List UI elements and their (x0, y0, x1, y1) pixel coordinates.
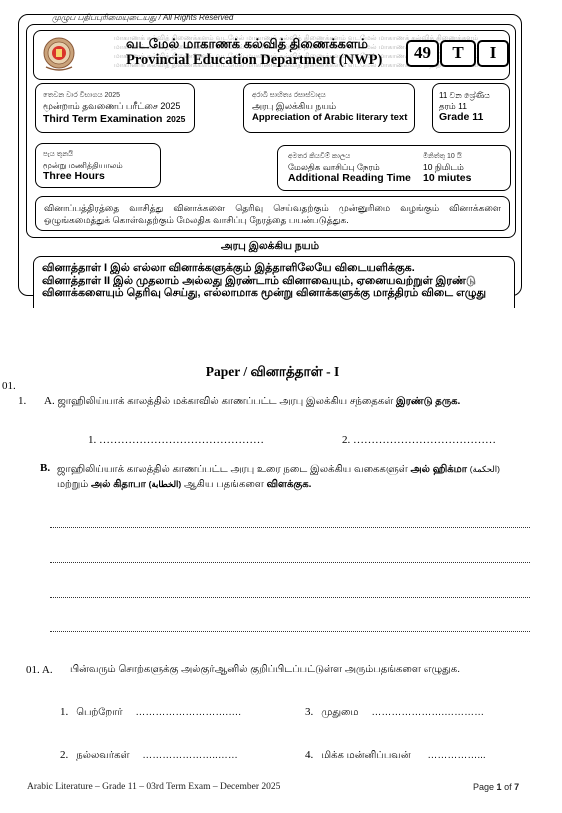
answer-line[interactable] (50, 597, 530, 598)
grade-english: Grade 11 (439, 112, 509, 123)
word-item: 4.மிக்க மன்னிப்பவன் ……………... (305, 749, 486, 762)
department-name-tamil: வடமேல் மாகாணக் கல்வித் திணைக்களம் (126, 36, 368, 53)
answer-blank[interactable]: ……………... (427, 750, 485, 761)
answer-blank[interactable]: …………………..…… (142, 750, 238, 761)
question-number: 01. (2, 380, 16, 392)
answer-line[interactable] (50, 562, 530, 563)
question-2a-label: 01. A. (26, 664, 53, 676)
grade-sinhala: 11 වන ශ්‍රේණිය (439, 90, 509, 101)
sub-question-number: 1. (18, 395, 26, 407)
reading-label-sinhala: අමතර කියවීම් කාලය (288, 151, 423, 162)
exam-sinhala: තෙවන වාර විභාගය 2025 (43, 90, 194, 101)
subject-info-box: අරාබි සාහිත්‍ය රසාස්වාදය அரபு இலக்கிய நய… (243, 83, 415, 133)
answer-blank-1[interactable]: 1. ……………………………………… (88, 434, 264, 446)
rule-line: வினாத்தாள் II இல் முதலாம் அல்லது இரண்டாம… (42, 275, 506, 288)
reading-time-box: අමතර කියවීම් කාලය මිනිත්තු 10 යි மேலதிக … (277, 145, 511, 191)
question-2a: பின்வரும் சொற்களுக்கு அல்குர்ஆனில் குறிப… (70, 664, 460, 676)
duration-english: Three Hours (43, 171, 160, 182)
paper-title: Paper / வினாத்தாள் - I (0, 364, 545, 382)
question-1a: A. ஜாஹிலிய்யாக் காலத்தில் மக்காவில் காணப… (44, 395, 460, 408)
question-1b-label: B. (40, 462, 50, 474)
paper-code-medium: T (440, 40, 476, 67)
reading-instructions: வினாப்பத்திரத்தை வாசித்து வினாக்களை தெரி… (35, 196, 510, 231)
department-box: மாகாணக் கல்வித் திணைக்களம் வடமேல் மாகாணக… (33, 30, 510, 80)
rule-line: வினாக்களையும் தெரிவு செய்து, எல்லாமாக மூ… (42, 287, 506, 300)
rule-line: வினாத்தாள் I இல் எல்லா வினாக்களுக்கும் இ… (42, 262, 506, 275)
word-item: 1.பெற்றோர் ……………………….…. (60, 706, 241, 719)
subject-tamil: அரபு இலக்கிய நயம் (252, 101, 414, 112)
department-name-english: Provincial Education Department (NWP) (126, 52, 382, 69)
footer-title: Arabic Literature – Grade 11 – 03rd Term… (27, 782, 280, 792)
grade-info-box: 11 වන ශ්‍රේණිය தரம் 11 Grade 11 (432, 83, 510, 133)
question-1b: ஜாஹிலிய்யாக் காலத்தில் காணப்பட்ட அரபு உர… (57, 462, 502, 492)
reading-value-english: 10 miutes (423, 173, 471, 184)
paper-code-number: 49 (406, 40, 439, 67)
answer-blank[interactable]: ……………………….…. (135, 707, 241, 718)
answer-blank-2[interactable]: 2. ………………………………… (342, 434, 496, 446)
answer-blank[interactable]: ………………….………… (371, 707, 484, 718)
paper-rules-box: வினாத்தாள் I இல் எல்லா வினாக்களுக்கும் இ… (33, 256, 515, 308)
exam-english: Third Term Examination 2025 (43, 112, 194, 125)
word-item: 2.நல்லவர்கள் …………………..…… (60, 749, 238, 762)
paper-code-part: I (477, 40, 509, 67)
exam-tamil: மூன்றாம் தவணைப் பரீட்சை 2025 (43, 101, 194, 112)
answer-line[interactable] (50, 631, 530, 632)
reading-value-sinhala: මිනිත්තු 10 යි (423, 151, 462, 162)
word-item: 3.முதுமை ………………….………… (305, 706, 484, 719)
subject-english: Appreciation of Arabic literary text (252, 112, 414, 123)
page-indicator: Page 1 of 7 (473, 782, 519, 792)
subject-sinhala: අරාබි සාහිත්‍ය රසාස්වාදය (252, 90, 414, 101)
answer-line[interactable] (50, 527, 530, 528)
subject-title: அரபு இலக்கிய நயம் (0, 240, 540, 253)
duration-box: පැය තුනයි மூன்று மணித்தியாலம் Three Hour… (35, 143, 161, 188)
provincial-emblem-logo (42, 37, 76, 73)
duration-sinhala: පැය තුනයි (43, 149, 160, 160)
exam-info-box: තෙවන වාර විභාගය 2025 மூன்றாம் தவணைப் பரீ… (35, 83, 195, 133)
reading-label-english: Additional Reading Time (288, 173, 423, 184)
